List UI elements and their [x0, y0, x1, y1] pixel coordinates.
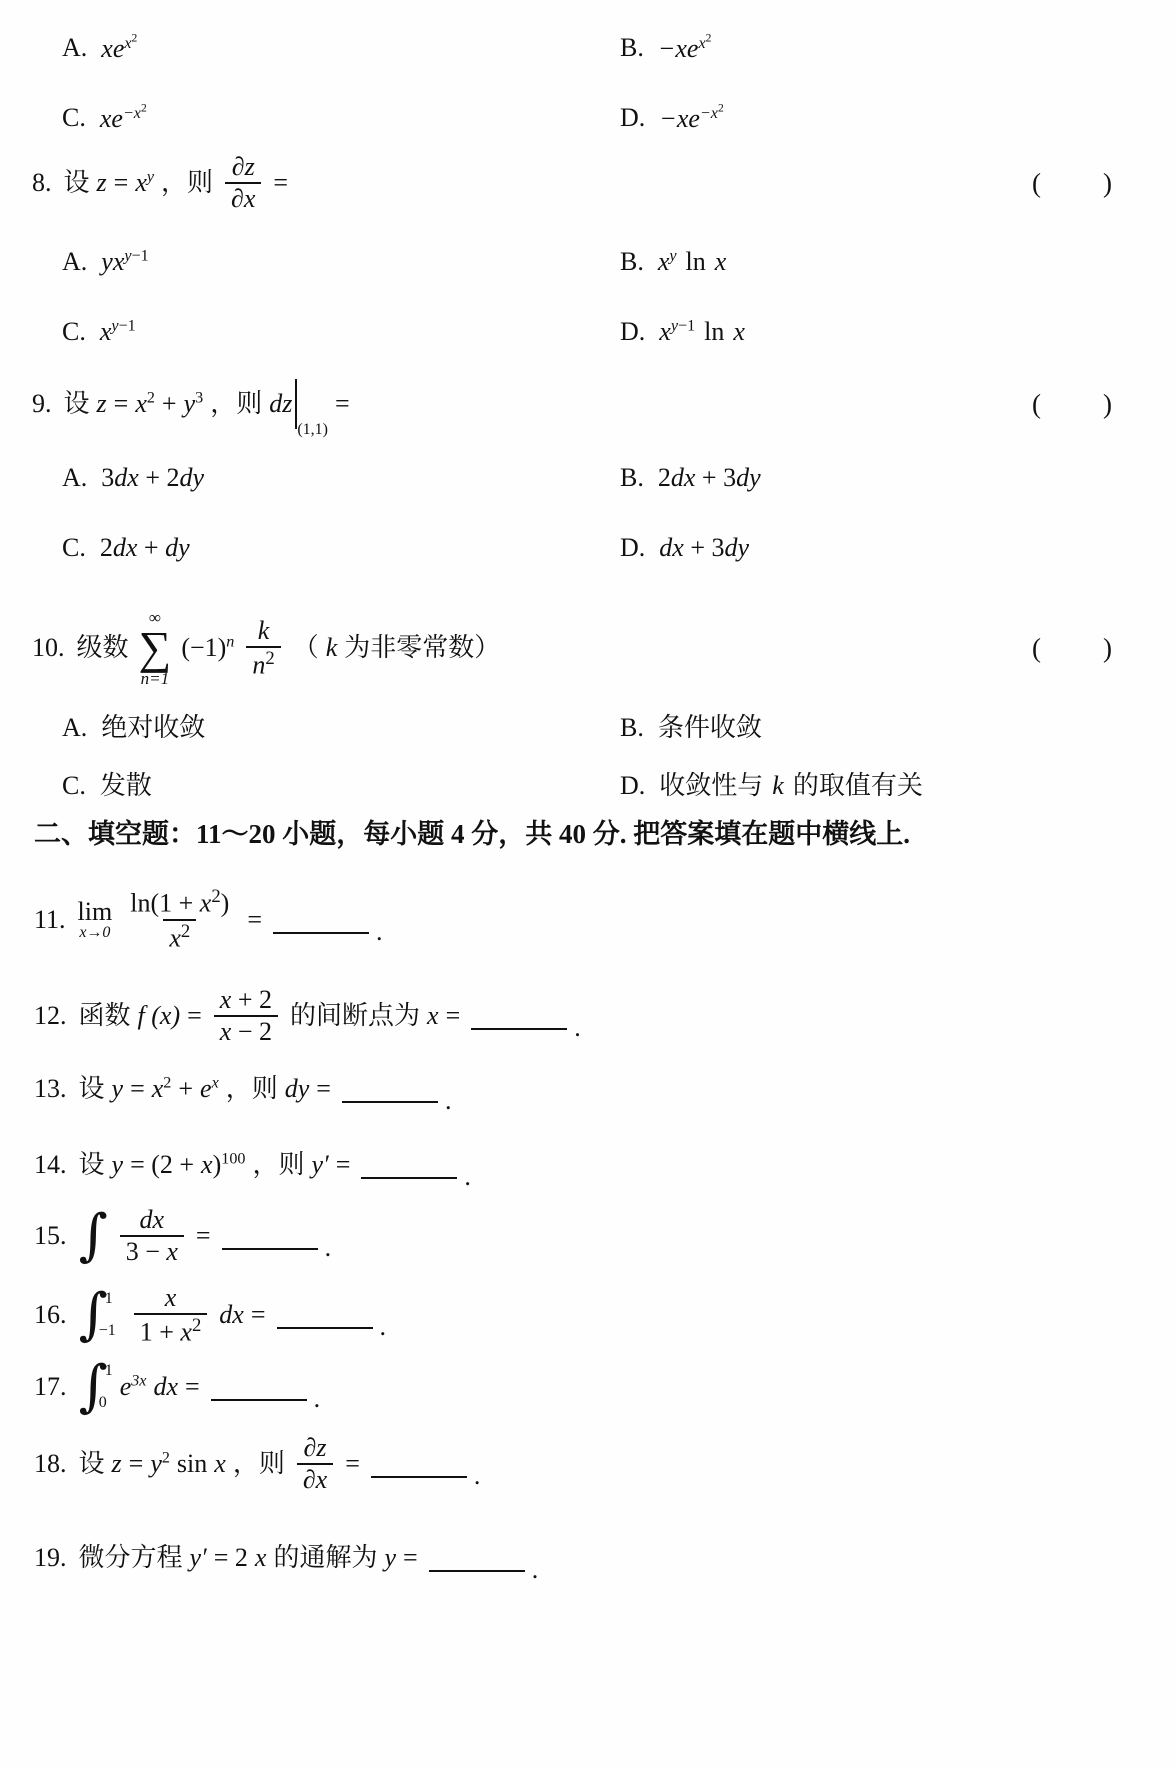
answer-blank [273, 932, 369, 934]
math-token: y′ [190, 1542, 207, 1573]
option-a: A. xex2 [62, 31, 620, 64]
question-text: 为非零常数） [344, 632, 500, 663]
math-token: dy [285, 1073, 310, 1104]
integral-upper-limit: 1 [105, 1289, 122, 1308]
question-9-options-row-2: C. 2dx + dy D. dx + 3dy [62, 526, 1175, 570]
math-token: = [345, 1448, 360, 1479]
question-number: 10. [32, 632, 65, 663]
question-number: 16. [34, 1299, 67, 1330]
math-token: z [97, 167, 107, 198]
option-d: D. xy−1 ln x [620, 316, 745, 347]
math-token: y3 [184, 388, 204, 419]
answer-parens: ( ) [1032, 167, 1112, 199]
option-label: D. [620, 770, 645, 801]
exponent: y [147, 169, 154, 186]
fraction: dx 3 − x [120, 1205, 184, 1267]
option-b: B. 条件收敛 [620, 712, 762, 743]
math-token: = [336, 1149, 351, 1180]
math-token: y′ [311, 1149, 328, 1180]
fraction-numerator: dx [134, 1205, 171, 1235]
question-19: 19. 微分方程 y′ = 2 x 的通解为 y = . [34, 1534, 1135, 1582]
option-formula: −xe−x2 [659, 101, 723, 134]
answer-blank [211, 1399, 307, 1401]
period: . [574, 1012, 581, 1043]
option-formula: dx + 3dy [659, 532, 749, 563]
option-c: C. 2dx + dy [62, 532, 620, 563]
answer-blank [361, 1177, 457, 1179]
question-10-text: 10. 级数 ∞ ∑ n=1 (−1)n k n2 （k 为非零常数） [32, 609, 500, 687]
option-formula: xex2 [101, 31, 137, 64]
question-number: 11. [34, 904, 66, 935]
limit-subscript: x→0 [79, 925, 110, 942]
fraction-denominator: ∂x [225, 182, 261, 214]
question-number: 15. [34, 1220, 67, 1251]
question-text: 设 [79, 1149, 105, 1180]
fraction-denominator: x − 2 [214, 1015, 278, 1047]
option-label: C. [62, 770, 86, 801]
option-b: B. 2dx + 3dy [620, 462, 761, 493]
integral-lower-limit: −1 [99, 1321, 116, 1340]
evaluation-point: (1,1) [297, 420, 328, 439]
math-token: y [112, 1073, 124, 1104]
answer-blank [429, 1570, 525, 1572]
question-9-options-row-1: A. 3dx + 2dy B. 2dx + 3dy [62, 456, 1175, 500]
question-17: 17. ∫ 10 e3x dx = . [34, 1356, 1135, 1418]
math-token: ln [704, 316, 724, 347]
evaluated-differential: dz (1,1) [269, 379, 328, 429]
question-text: 设 [64, 388, 90, 419]
exponent: 2 [181, 921, 190, 942]
math-token: y2 [150, 1448, 170, 1479]
option-c: C. xy−1 [62, 316, 620, 347]
period: . [314, 1383, 321, 1414]
option-label: D. [620, 102, 645, 133]
option-label: A. [62, 246, 87, 277]
summation: ∞ ∑ n=1 [139, 609, 172, 687]
option-formula: xe−x2 [100, 101, 147, 134]
answer-blank [277, 1327, 373, 1329]
math-token: x [255, 1542, 267, 1573]
integral-upper-limit: 1 [105, 1361, 113, 1380]
math-token: = 2 [214, 1542, 248, 1573]
question-14: 14. 设 y = (2 + x)100 ，则 y′ = . [34, 1138, 1135, 1192]
fraction: x + 2 x − 2 [214, 985, 278, 1047]
option-formula: 3dx + 2dy [101, 462, 204, 493]
answer-blank [471, 1028, 567, 1030]
math-token: = [196, 1220, 211, 1251]
question-10-options-row-1: A. 绝对收敛 B. 条件收敛 [62, 706, 1175, 750]
option-a: A. 3dx + 2dy [62, 462, 620, 493]
open-paren: ( [1032, 632, 1041, 664]
question-text: ，则 [226, 1073, 278, 1104]
fraction-denominator: 3 − x [120, 1235, 184, 1267]
option-label: A. [62, 462, 87, 493]
question-11: 11. lim x→0 ln(1 + x2) x2 = . [34, 874, 1135, 966]
question-18: 18. 设 z = y2 sin x ，则 ∂z∂x = . [34, 1424, 1135, 1504]
integral: ∫ 1−1 [79, 1288, 122, 1341]
math-token: = [130, 1073, 145, 1104]
fraction: x 1 + x2 [134, 1283, 208, 1347]
question-number: 18. [34, 1448, 67, 1479]
period: . [464, 1161, 471, 1192]
math-token: x [733, 316, 745, 347]
fraction: ln(1 + x2) x2 [124, 886, 235, 953]
section-title: 二、填空题：11～20 小题，每小题 4 分，共 40 分. 把答案填在题中横线… [34, 818, 910, 850]
question-9-text: 9. 设 z = x2 + y3 ，则 dz (1,1) = [32, 379, 350, 429]
option-text: 条件收敛 [658, 712, 762, 743]
fraction: k n2 [246, 616, 280, 680]
fraction-numerator: x [159, 1283, 183, 1313]
integral-lower-limit: 0 [99, 1393, 107, 1412]
answer-blank [371, 1476, 467, 1478]
math-token: + [178, 1073, 193, 1104]
option-d: D. 收敛性与 k 的取值有关 [620, 770, 923, 801]
question-number: 17. [34, 1371, 67, 1402]
question-number: 9. [32, 388, 52, 419]
section-2-header: 二、填空题：11～20 小题，每小题 4 分，共 40 分. 把答案填在题中横线… [34, 814, 1135, 854]
integral: ∫ [79, 1209, 108, 1262]
fraction-numerator: ∂z [298, 1433, 333, 1463]
math-token: ln [686, 246, 706, 277]
question-10-options-row-2: C. 发散 D. 收敛性与 k 的取值有关 [62, 766, 1175, 806]
question-8-options-row-1: A. yxy−1 B. xy ln x [62, 238, 1175, 286]
option-formula: −xex2 [658, 31, 712, 64]
math-token: dz [269, 388, 292, 419]
period: . [325, 1232, 332, 1263]
fraction-numerator: ln(1 + x2) [124, 886, 235, 919]
math-token: = [129, 1448, 144, 1479]
fraction-denominator: 1 + x2 [134, 1313, 208, 1348]
question-12: 12. 函数 f (x) = x + 2 x − 2 的间断点为 x = . [34, 976, 1135, 1056]
math-token: e3x [120, 1371, 147, 1402]
math-token: x2 [135, 388, 155, 419]
option-text: 发散 [100, 770, 152, 801]
exponent: 3 [195, 390, 203, 407]
math-token: = [446, 1000, 461, 1031]
fraction-numerator: x + 2 [214, 985, 278, 1015]
fraction-denominator: ∂x [297, 1463, 333, 1495]
question-7-options-row-1: A. xex2 B. −xex2 [62, 18, 1175, 78]
option-d: D. −xe−x2 [620, 101, 724, 134]
fraction: ∂z∂x [225, 152, 261, 214]
option-c: C. xe−x2 [62, 101, 620, 134]
question-text: ，则 [161, 167, 213, 198]
period: . [532, 1554, 539, 1585]
integral: ∫ 10 [79, 1360, 113, 1413]
math-token: x)100 [201, 1149, 245, 1180]
option-label: C. [62, 102, 86, 133]
math-token: = [273, 167, 288, 198]
answer-blank [222, 1248, 318, 1250]
option-label: D. [620, 532, 645, 563]
question-text: ，则 [233, 1448, 285, 1479]
option-b: B. xy ln x [620, 246, 726, 277]
question-text: 的间断点为 [290, 1000, 420, 1031]
open-paren: ( [1032, 388, 1041, 420]
question-number: 19. [34, 1542, 67, 1573]
math-token: + [162, 388, 177, 419]
math-token: = [185, 1371, 200, 1402]
math-token: x2 [152, 1073, 172, 1104]
option-text: 绝对收敛 [101, 712, 205, 743]
option-label: B. [620, 712, 644, 743]
option-label: C. [62, 532, 86, 563]
option-label: B. [620, 246, 644, 277]
option-label: C. [62, 316, 86, 347]
exponent: 100 [221, 1151, 245, 1168]
question-10-line: 10. 级数 ∞ ∑ n=1 (−1)n k n2 （k 为非零常数） ( ) [32, 596, 1112, 700]
math-token: x [214, 1448, 226, 1479]
fraction-denominator: x2 [163, 919, 196, 954]
close-paren: ) [1103, 167, 1112, 199]
math-token: = [251, 1299, 266, 1330]
question-text: 设 [79, 1448, 105, 1479]
math-token: k [326, 632, 338, 663]
math-token: xy [135, 167, 154, 198]
math-token: = [114, 388, 129, 419]
question-8-options-row-2: C. xy−1 D. xy−1 ln x [62, 308, 1175, 356]
question-text: （ [293, 632, 319, 663]
option-formula: 2dx + dy [100, 532, 190, 563]
math-token: dx [153, 1371, 178, 1402]
option-a: A. 绝对收敛 [62, 712, 620, 743]
question-text: 设 [79, 1073, 105, 1104]
math-token: = [187, 1000, 202, 1031]
sigma-symbol: ∑ [139, 626, 172, 670]
exponent: 2 [162, 1450, 170, 1467]
question-7-options-row-2: C. xe−x2 D. −xe−x2 [62, 88, 1175, 148]
math-token: = [335, 388, 350, 419]
math-token: y [384, 1542, 396, 1573]
exponent: n [226, 634, 234, 651]
option-d: D. dx + 3dy [620, 532, 749, 563]
question-8-line: 8. 设 z = xy ，则 ∂z∂x = ( ) [32, 146, 1112, 220]
question-number: 13. [34, 1073, 67, 1104]
option-label: A. [62, 712, 87, 743]
exponent: 2 [265, 648, 274, 669]
exam-page: A. xex2 B. −xex2 C. xe−x2 D. −xe−x2 8. 设… [0, 0, 1175, 1767]
question-text: ，则 [252, 1149, 304, 1180]
answer-blank [342, 1101, 438, 1103]
math-token: = [316, 1073, 331, 1104]
math-token: z [112, 1448, 122, 1479]
option-label: D. [620, 316, 645, 347]
question-15: 15. ∫ dx 3 − x = . [34, 1194, 1135, 1278]
math-token: k [772, 770, 784, 801]
question-8-text: 8. 设 z = xy ，则 ∂z∂x = [32, 152, 288, 214]
math-token: x [427, 1000, 439, 1031]
math-token: = [247, 904, 262, 935]
math-token: z [97, 388, 107, 419]
answer-parens: ( ) [1032, 632, 1112, 664]
period: . [376, 916, 383, 947]
question-13: 13. 设 y = x2 + ex ，则 dy = . [34, 1064, 1135, 1114]
question-text: 设 [64, 167, 90, 198]
option-label: B. [620, 462, 644, 493]
close-paren: ) [1103, 632, 1112, 664]
option-formula: yxy−1 [101, 246, 148, 277]
question-text: 级数 [77, 632, 129, 663]
close-paren: ) [1103, 388, 1112, 420]
question-text: 微分方程 [79, 1542, 183, 1573]
question-number: 12. [34, 1000, 67, 1031]
sum-lower-limit: n=1 [141, 670, 169, 687]
math-token: ex [200, 1073, 219, 1104]
question-text: 函数 [79, 1000, 131, 1031]
exponent: 2 [211, 886, 220, 907]
math-token: f (x) [138, 1000, 181, 1031]
question-text: 的通解为 [273, 1542, 377, 1573]
question-16: 16. ∫ 1−1 x 1 + x2 dx = . [34, 1276, 1135, 1354]
option-text: 的取值有关 [793, 770, 923, 801]
fraction-numerator: ∂z [226, 152, 261, 182]
exponent: 2 [147, 390, 155, 407]
math-token: sin [177, 1448, 207, 1479]
option-formula: 2dx + 3dy [658, 462, 761, 493]
option-c: C. 发散 [62, 770, 620, 801]
period: . [380, 1311, 387, 1342]
option-text: 收敛性与 [659, 770, 763, 801]
question-number: 8. [32, 167, 52, 198]
math-token: x [715, 246, 727, 277]
limit-operator: lim x→0 [78, 898, 113, 942]
option-b: B. −xex2 [620, 31, 711, 64]
question-number: 14. [34, 1149, 67, 1180]
period: . [474, 1460, 481, 1491]
math-token: dx [219, 1299, 244, 1330]
math-token: = (2 + [130, 1149, 194, 1180]
option-label: A. [62, 32, 87, 63]
answer-parens: ( ) [1032, 388, 1112, 420]
exponent: x [212, 1075, 219, 1092]
exponent: 3x [131, 1373, 146, 1390]
period: . [445, 1085, 452, 1116]
fraction: ∂z∂x [297, 1433, 333, 1495]
option-formula: xy−1 [659, 316, 695, 347]
math-token: y [112, 1149, 124, 1180]
math-token: (−1)n [181, 632, 234, 663]
question-9-line: 9. 设 z = x2 + y3 ，则 dz (1,1) = ( ) [32, 376, 1112, 432]
option-label: B. [620, 32, 644, 63]
integral-symbol: ∫ [79, 1209, 108, 1262]
exponent: 2 [163, 1075, 171, 1092]
open-paren: ( [1032, 167, 1041, 199]
question-text: ，则 [210, 388, 262, 419]
fraction-numerator: k [252, 616, 276, 646]
exponent: 2 [192, 1315, 201, 1336]
option-formula: xy [658, 246, 677, 277]
option-formula: xy−1 [100, 316, 136, 347]
math-token: = [403, 1542, 418, 1573]
option-a: A. yxy−1 [62, 246, 620, 277]
math-token: = [114, 167, 129, 198]
fraction-denominator: n2 [246, 646, 280, 681]
